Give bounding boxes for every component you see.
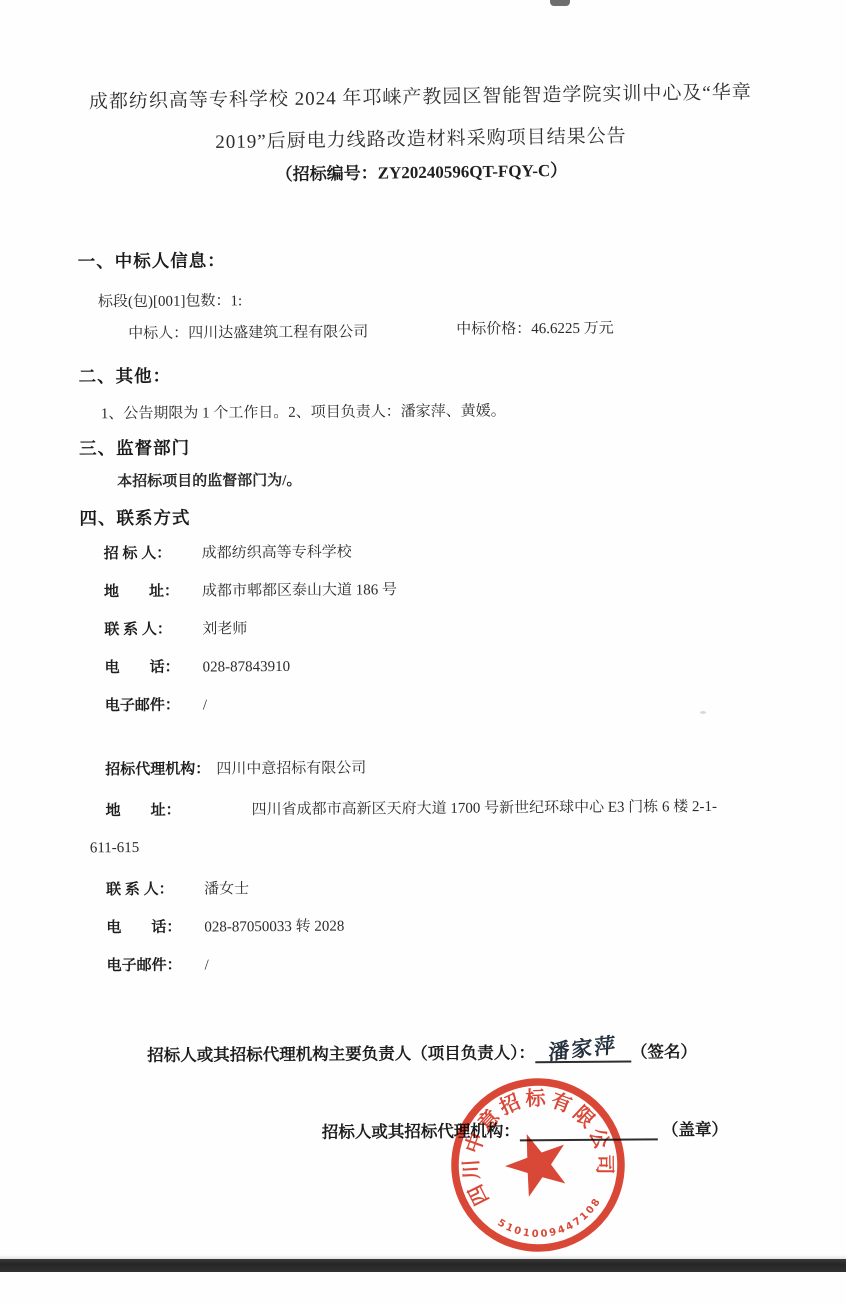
seal-star-icon [497,1123,576,1201]
contact-value: 成都纺织高等专科学校 [202,544,352,561]
contact-value: 028-87050033 转 2028 [204,919,344,936]
contact-row-person: 联 系 人：刘老师 [104,617,247,639]
contact-value: 潘女士 [204,881,249,897]
winner-row: 中标人：四川达盛建筑工程有限公司 [128,320,368,343]
supervision-body: 本招标项目的监督部门为/。 [117,469,301,491]
price-label: 中标价格： [456,321,531,338]
contact-label: 电 话： [106,916,198,938]
agency-address-label: 地 址： [105,799,197,821]
document-title: 成都纺织高等专科学校 2024 年邛崃产教园区智能智造学院实训中心及“华章 20… [0,0,842,6]
signature-underline: 潘家萍 [535,1035,631,1064]
price-row: 中标价格：46.6225 万元 [456,317,614,339]
document-content: 成都纺织高等专科学校 2024 年邛崃产教园区智能智造学院实训中心及“华章 20… [0,0,846,1304]
contact-row-phone: 电 话：028-87843910 [104,655,290,677]
scanned-document-page: 成都纺织高等专科学校 2024 年邛崃产教园区智能智造学院实训中心及“华章 20… [0,0,846,1304]
contact-value: 刘老师 [202,621,247,637]
other-body: 1、公告期限为 1 个工作日。2、项目负责人：潘家萍、黄媛。 [101,399,506,423]
agency-address-row: 地 址：四川省成都市高新区天府大道 1700 号新世纪环球中心 E3 门栋 6 … [105,795,717,820]
title-line-2: 2019”后厨电力线路改造材料采购项目结果公告 [0,118,844,158]
agency-address-line2: 611-615 [90,840,140,857]
title-line-1: 成都纺织高等专科学校 2024 年邛崃产教园区智能智造学院实训中心及“华章 [0,76,843,116]
agency-label: 招标代理机构： [105,757,210,779]
contact-row-address: 地 址：成都市郫都区泰山大道 186 号 [104,578,397,601]
principal-signature-row: 招标人或其招标代理机构主要负责人（项目负责人）：潘家萍（签名） [147,1034,697,1066]
contact-label: 电子邮件： [105,694,197,716]
handwritten-signature: 潘家萍 [548,1029,617,1067]
price-value: 46.6225 万元 [531,321,614,338]
org-suffix: （盖章） [662,1120,728,1139]
contact-label: 电子邮件： [107,954,199,976]
contact-label: 联 系 人： [106,878,198,900]
principal-label: 招标人或其招标代理机构主要负责人（项目负责人）： [147,1043,535,1065]
contact-value: 028-87843910 [203,659,291,676]
agency-phone-row: 电 话：028-87050033 转 2028 [106,915,344,938]
contact-row-email: 电子邮件：/ [105,694,207,716]
section-heading-other: 二、其他： [78,363,171,389]
agency-contact-person-row: 联 系 人：潘女士 [106,877,249,899]
package-line: 标段(包)[001]包数：1: [98,289,242,311]
contact-label: 联 系 人： [104,618,196,640]
contact-value: / [203,698,207,714]
scan-edge-bar [0,1259,846,1272]
contact-value: / [205,958,209,974]
official-seal: 四川中意招标有限公司 5101009447108 [443,1070,633,1260]
contact-row-tenderer: 招 标 人：成都纺织高等专科学校 [104,540,352,563]
winner-label: 中标人： [128,326,188,342]
agency-email-row: 电子邮件：/ [107,954,209,976]
agency-row: 招标代理机构：四川中意招标有限公司 [105,756,366,779]
winner-name: 四川达盛建筑工程有限公司 [188,324,368,341]
contact-label: 地 址： [104,580,196,602]
agency-name: 四川中意招标有限公司 [216,760,366,777]
principal-suffix: （签名） [631,1042,697,1061]
section-heading-supervision: 三、监督部门 [79,435,190,461]
contact-value: 成都市郫都区泰山大道 186 号 [202,582,397,599]
section-heading-contact: 四、联系方式 [79,505,190,531]
contact-label: 电 话： [104,656,196,678]
bid-number: （招标编号：ZY20240596QT-FQY-C） [0,152,845,190]
section-heading-winner-info: 一、中标人信息： [78,247,226,273]
contact-label: 招 标 人： [104,542,196,564]
agency-address-line1: 四川省成都市高新区天府大道 1700 号新世纪环球中心 E3 门栋 6 楼 2-… [251,799,717,818]
